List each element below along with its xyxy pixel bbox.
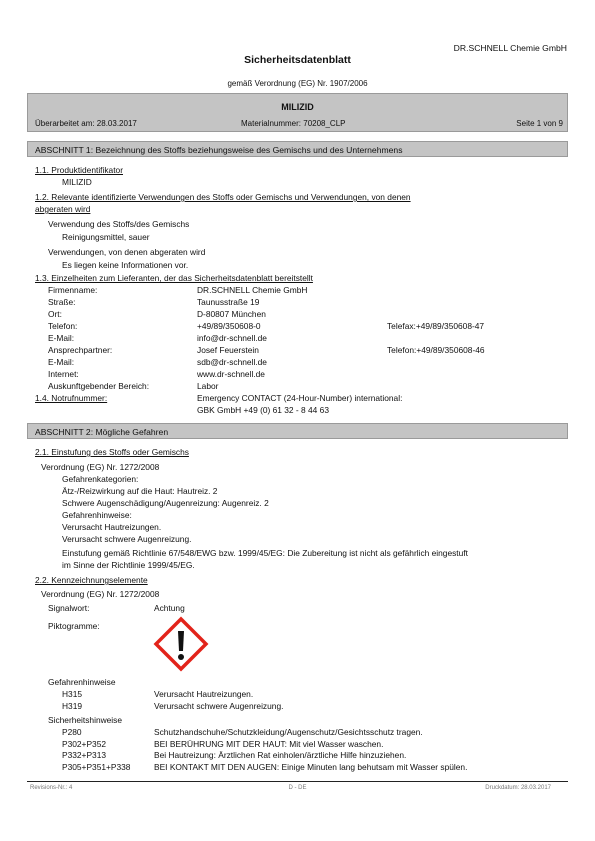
regulation-subtitle: gemäß Verordnung (EG) Nr. 1907/2006 <box>0 80 595 88</box>
product-name: MILIZID <box>28 102 567 112</box>
supplier-label: E-Mail: <box>48 334 74 342</box>
classification-line2: im Sinne der Richtlinie 1999/45/EG. <box>62 561 195 569</box>
category-item: Schwere Augenschädigung/Augenreizung: Au… <box>62 499 269 507</box>
section-2-bar: ABSCHNITT 2: Mögliche Gefahren <box>27 423 568 439</box>
supplier-label: Telefon: <box>48 322 77 330</box>
material-number: Materialnummer: 70208_CLP <box>241 119 346 128</box>
statement-text: Schutzhandschuhe/Schutzkleidung/Augensch… <box>154 728 423 736</box>
pictogram-label: Piktogramme: <box>48 622 100 630</box>
advised-against-label: Verwendungen, von denen abgeraten wird <box>48 248 205 256</box>
use-label: Verwendung des Stoffs/des Gemischs <box>48 220 189 228</box>
supplier-extra: Telefon:+49/89/350608-46 <box>387 346 485 354</box>
supplier-value: DR.SCHNELL Chemie GmbH <box>197 286 307 294</box>
s14-heading: 1.4. Notrufnummer: <box>35 394 107 402</box>
footer-divider <box>27 781 568 782</box>
s13-heading: 1.3. Einzelheiten zum Lieferanten, der d… <box>35 274 313 282</box>
statement-code: H315 <box>62 690 82 698</box>
supplier-label: Firmenname: <box>48 286 97 294</box>
emergency-line2: GBK GmbH +49 (0) 61 32 - 8 44 63 <box>197 406 329 414</box>
supplier-value[interactable]: info@dr-schnell.de <box>197 334 267 342</box>
statement-text: BEI KONTAKT MIT DEN AUGEN: Einige Minute… <box>154 763 467 771</box>
s21-regulation: Verordnung (EG) Nr. 1272/2008 <box>41 463 159 471</box>
statement-text: BEI BERÜHRUNG MIT DER HAUT: Mit viel Was… <box>154 740 383 748</box>
document-title: Sicherheitsdatenblatt <box>0 55 595 66</box>
signal-word-label: Signalwort: <box>48 604 89 612</box>
p-statements-label: Sicherheitshinweise <box>48 716 122 724</box>
hazard-label: Gefahrenhinweise: <box>62 511 132 519</box>
supplier-value: Taunusstraße 19 <box>197 298 259 306</box>
statement-code: P332+P313 <box>62 751 106 759</box>
supplier-value: Josef Feuerstein <box>197 346 259 354</box>
page-indicator: Seite 1 von 9 <box>516 119 563 128</box>
emergency-line1: Emergency CONTACT (24-Hour-Number) inter… <box>197 394 402 402</box>
hazard-item: Verursacht schwere Augenreizung. <box>62 535 191 543</box>
supplier-value[interactable]: sdb@dr-schnell.de <box>197 358 267 366</box>
supplier-label: Internet: <box>48 370 79 378</box>
hazard-item: Verursacht Hautreizungen. <box>62 523 161 531</box>
s12-heading-line2: abgeraten wird <box>35 205 90 213</box>
statement-text: Verursacht schwere Augenreizung. <box>154 702 283 710</box>
supplier-value[interactable]: www.dr-schnell.de <box>197 370 265 378</box>
classification-line1: Einstufung gemäß Richtlinie 67/548/EWG b… <box>62 549 468 557</box>
section-1-bar: ABSCHNITT 1: Bezeichnung des Stoffs bezi… <box>27 141 568 157</box>
category-item: Ätz-/Reizwirkung auf die Haut: Hautreiz.… <box>62 487 217 495</box>
s11-heading: 1.1. Produktidentifikator <box>35 166 123 174</box>
supplier-value: Labor <box>197 382 218 390</box>
categories-label: Gefahrenkategorien: <box>62 475 138 483</box>
statement-text: Verursacht Hautreizungen. <box>154 690 253 698</box>
statement-code: P302+P352 <box>62 740 106 748</box>
ghs07-exclamation-icon <box>153 616 209 672</box>
s12-heading-line1: 1.2. Relevante identifizierte Verwendung… <box>35 193 411 201</box>
supplier-label: Straße: <box>48 298 75 306</box>
revised-date: Überarbeitet am: 28.03.2017 <box>35 119 137 128</box>
s21-heading: 2.1. Einstufung des Stoffs oder Gemischs <box>35 448 189 456</box>
print-date: Druckdatum: 28.03.2017 <box>485 785 551 791</box>
s22-regulation: Verordnung (EG) Nr. 1272/2008 <box>41 590 159 598</box>
supplier-extra: Telefax:+49/89/350608-47 <box>387 322 484 330</box>
supplier-label: Auskunftgebender Bereich: <box>48 382 149 390</box>
use-value: Reinigungsmittel, sauer <box>62 233 150 241</box>
supplier-value: D-80807 München <box>197 310 266 318</box>
supplier-label: E-Mail: <box>48 358 74 366</box>
statement-code: P305+P351+P338 <box>62 763 130 771</box>
company-name: DR.SCHNELL Chemie GmbH <box>454 44 567 53</box>
product-header-box: MILIZID Überarbeitet am: 28.03.2017 Mate… <box>27 93 568 132</box>
supplier-label: Ansprechpartner: <box>48 346 112 354</box>
supplier-value: +49/89/350608-0 <box>197 322 261 330</box>
statement-text: Bei Hautreizung: Ärztlichen Rat einholen… <box>154 751 406 759</box>
s11-value: MILIZID <box>62 178 92 186</box>
statement-code: H319 <box>62 702 82 710</box>
statement-code: P280 <box>62 728 82 736</box>
section-1-title: ABSCHNITT 1: Bezeichnung des Stoffs bezi… <box>35 145 403 155</box>
signal-word-value: Achtung <box>154 604 185 612</box>
h-statements-label: Gefahrenhinweise <box>48 678 116 686</box>
advised-against-value: Es liegen keine Informationen vor. <box>62 261 188 269</box>
supplier-label: Ort: <box>48 310 62 318</box>
s22-heading: 2.2. Kennzeichnungselemente <box>35 576 148 584</box>
section-2-title: ABSCHNITT 2: Mögliche Gefahren <box>35 427 168 437</box>
